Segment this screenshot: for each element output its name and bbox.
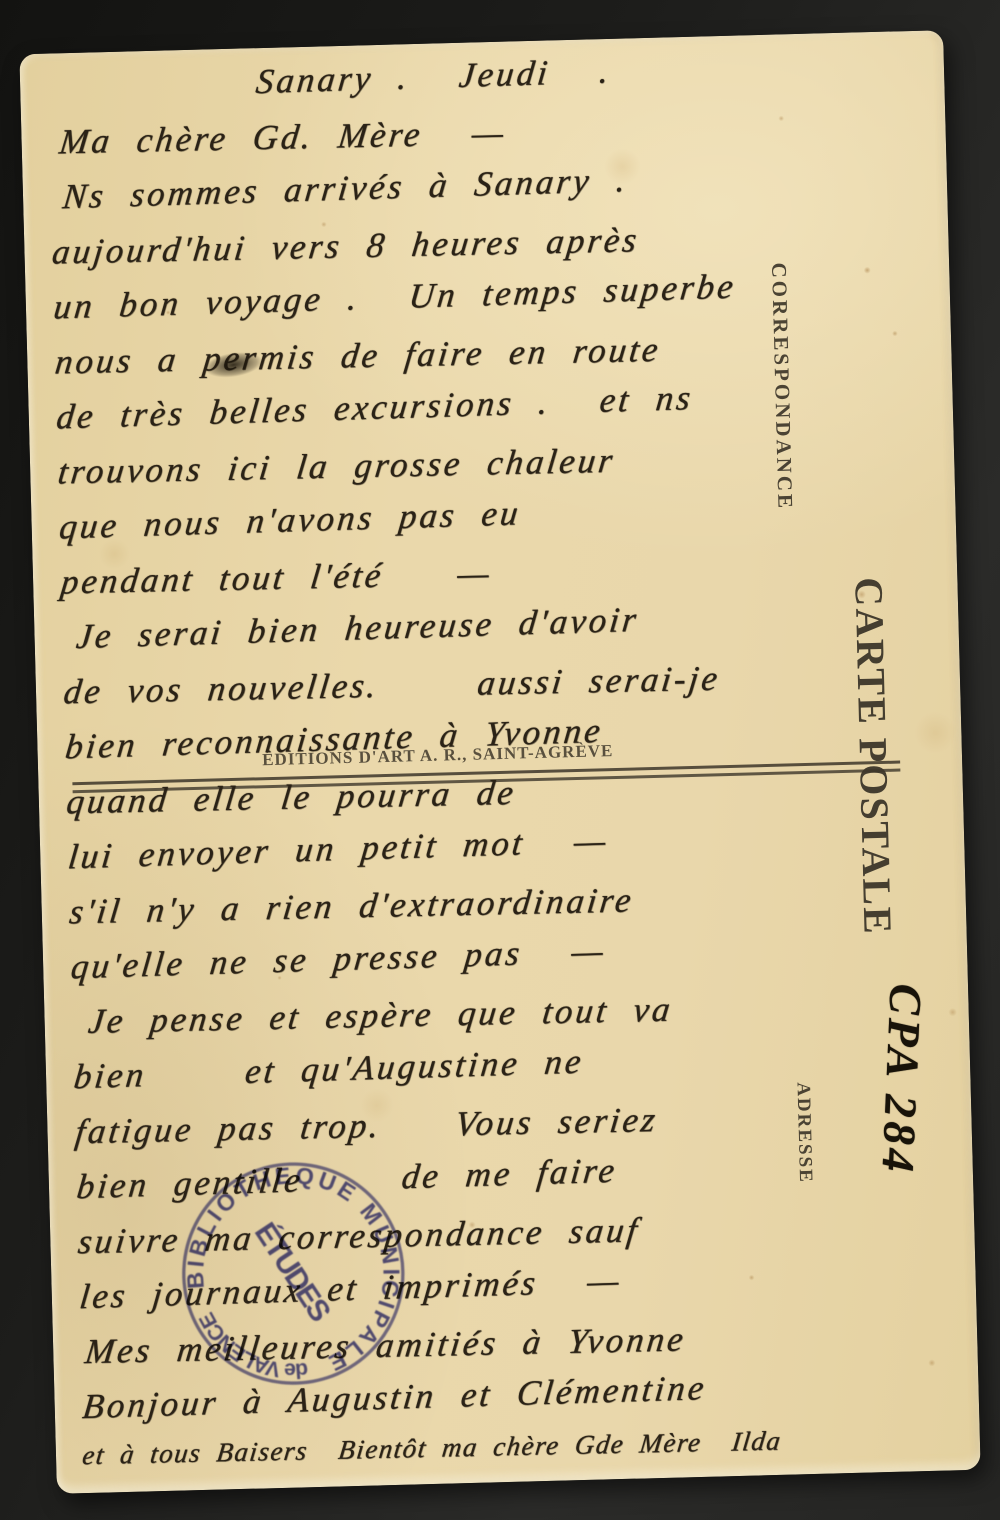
stamp-center-text: ÉTUDES	[248, 1216, 339, 1330]
scan-background: CORRESPONDANCE CARTE POSTALE ADRESSE ÉDI…	[0, 0, 1000, 1520]
postcard: CORRESPONDANCE CARTE POSTALE ADRESSE ÉDI…	[19, 30, 980, 1494]
